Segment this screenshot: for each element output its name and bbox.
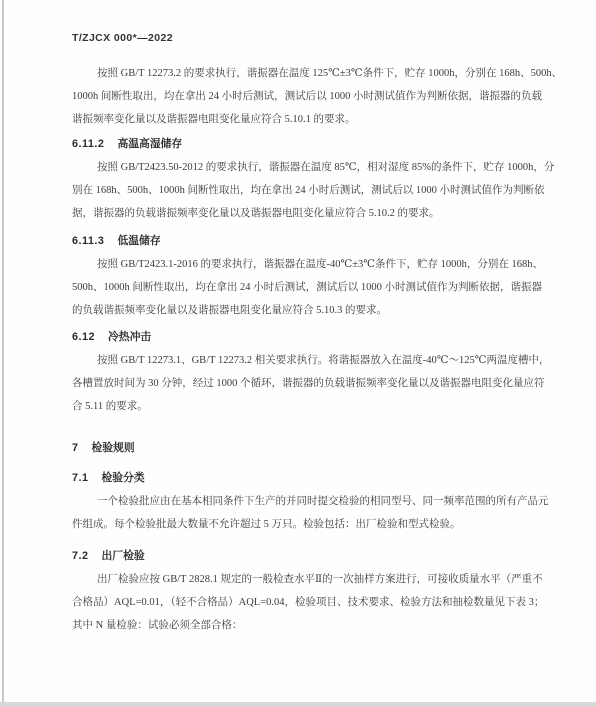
section-title: 低温储存 xyxy=(117,235,160,247)
paragraph-line: 别在 168h、500h、1000h 间断性取出，均在拿出 24 小时后测试，测… xyxy=(72,179,542,202)
section-title: 检验规则 xyxy=(92,442,135,454)
section-number: 6.12 xyxy=(72,331,95,343)
paragraph-line: 合格品）AQL=0.01，（轻不合格品）AQL=0.04，检验项目、技术要求、检… xyxy=(72,591,542,614)
paragraph-line: 1000h 间断性取出，均在拿出 24 小时后测试，测试后以 1000 小时测试… xyxy=(72,85,542,108)
paragraph-high-temp-storage: 按照 GB/T 12273.2 的要求执行，谐振器在温度 125℃±3℃条件下，… xyxy=(72,62,542,131)
chapter-heading-7: 7检验规则 xyxy=(72,437,542,460)
section-heading-7-1: 7.1检验分类 xyxy=(72,467,542,490)
section-title: 高温高湿储存 xyxy=(117,138,182,150)
paragraph-low-temp-storage: 按照 GB/T2423.1-2016 的要求执行，谐振器在温度-40℃±3℃条件… xyxy=(72,253,542,322)
paragraph-line: 按照 GB/T 12273.2 的要求执行，谐振器在温度 125℃±3℃条件下，… xyxy=(72,62,542,85)
paragraph-line: 的负载谐振频率变化量以及谐振器电阻变化量应符合 5.10.3 的要求。 xyxy=(72,299,542,322)
paragraph-line: 据，谐振器的负载谐振频率变化量以及谐振器电阻变化量应符合 5.10.2 的要求。 xyxy=(72,202,542,225)
paragraph-thermal-shock: 按照 GB/T 12273.1、GB/T 12273.2 相关要求执行。将谐振器… xyxy=(72,349,542,418)
section-heading-6-11-3: 6.11.3低温储存 xyxy=(72,230,542,253)
section-number: 6.11.2 xyxy=(72,138,104,150)
paragraph-inspection-classification: 一个检验批应由在基本相同条件下生产的并同时提交检验的相同型号、同一频率范围的所有… xyxy=(72,490,542,536)
section-number: 6.11.3 xyxy=(72,235,104,247)
paragraph-line: 一个检验批应由在基本相同条件下生产的并同时提交检验的相同型号、同一频率范围的所有… xyxy=(72,490,542,513)
page-bottom-edge-line xyxy=(0,702,596,707)
document-number-header: T/ZJCX 000*—2022 xyxy=(72,28,542,48)
section-heading-7-2: 7.2出厂检验 xyxy=(72,545,542,568)
paragraph-line: 谐振频率变化量以及谐振器电阻变化量应符合 5.10.1 的要求。 xyxy=(72,108,542,131)
section-number: 7.2 xyxy=(72,550,89,562)
section-number: 7.1 xyxy=(72,472,89,484)
paragraph-line: 出厂检验应按 GB/T 2828.1 规定的一般检查水平Ⅱ的一次抽样方案进行，可… xyxy=(72,568,542,591)
paragraph-line: 件组成。每个检验批最大数量不允许超过 5 万只。检验包括：出厂检验和型式检验。 xyxy=(72,513,542,536)
document-page: T/ZJCX 000*—2022 按照 GB/T 12273.2 的要求执行，谐… xyxy=(0,0,596,707)
section-heading-6-11-2: 6.11.2高温高湿储存 xyxy=(72,133,542,156)
paragraph-factory-inspection: 出厂检验应按 GB/T 2828.1 规定的一般检查水平Ⅱ的一次抽样方案进行，可… xyxy=(72,568,542,637)
page-content: T/ZJCX 000*—2022 按照 GB/T 12273.2 的要求执行，谐… xyxy=(72,28,542,637)
paragraph-line: 各槽置放时间为 30 分钟，经过 1000 个循环，谐振器的负载谐振频率变化量以… xyxy=(72,372,542,395)
section-title: 出厂检验 xyxy=(102,550,145,562)
paragraph-line: 按照 GB/T2423.50-2012 的要求执行，谐振器在温度 85℃，相对湿… xyxy=(72,156,542,179)
paragraph-line: 合 5.11 的要求。 xyxy=(72,395,542,418)
section-title: 冷热冲击 xyxy=(108,331,151,343)
paragraph-line: 500h、1000h 间断性取出，均在拿出 24 小时后测试，测试后以 1000… xyxy=(72,276,542,299)
scanned-standard-document-page: { "page": { "header": "T/ZJCX 000*—2022"… xyxy=(0,0,596,707)
section-number: 7 xyxy=(72,442,79,454)
paragraph-line: 其中 N 量检验：试验必须全部合格： xyxy=(72,614,542,637)
paragraph-line: 按照 GB/T 12273.1、GB/T 12273.2 相关要求执行。将谐振器… xyxy=(72,349,542,372)
section-heading-6-12: 6.12冷热冲击 xyxy=(72,326,542,349)
paragraph-line: 按照 GB/T2423.1-2016 的要求执行，谐振器在温度-40℃±3℃条件… xyxy=(72,253,542,276)
page-left-edge-line xyxy=(2,0,4,707)
section-title: 检验分类 xyxy=(102,472,145,484)
paragraph-damp-heat-storage: 按照 GB/T2423.50-2012 的要求执行，谐振器在温度 85℃，相对湿… xyxy=(72,156,542,225)
